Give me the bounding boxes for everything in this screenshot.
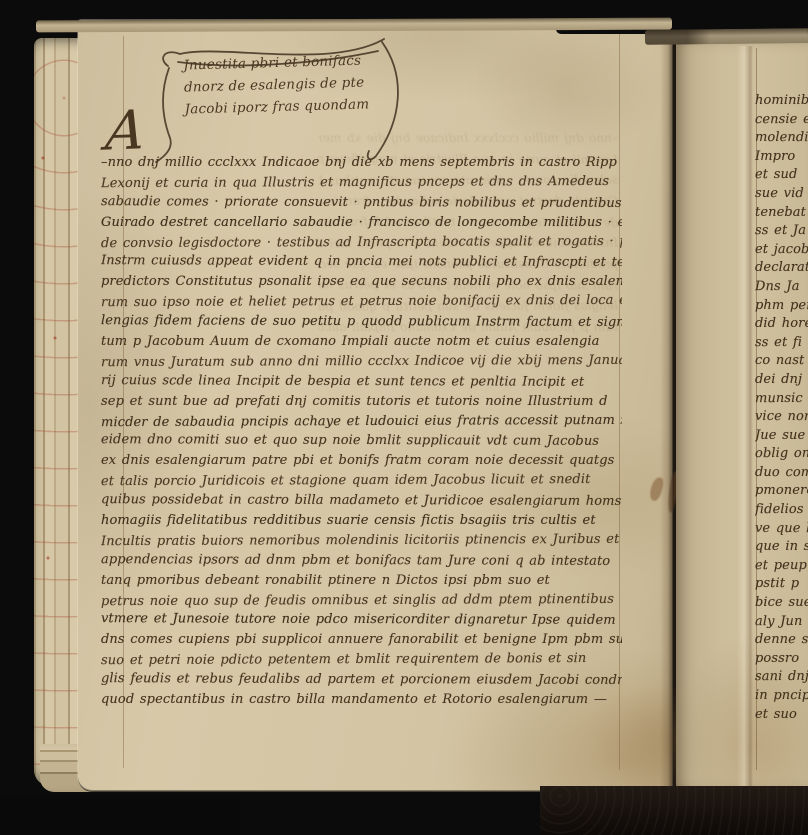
manuscript-photo: { "page": { "description": "Photograph o… <box>0 0 808 835</box>
recto-text-line: munsic <box>755 389 808 408</box>
recto-text-line: aly Jun <box>755 612 808 631</box>
text-line: petrus noie quo sup de feudis omnibus et… <box>101 589 622 611</box>
recto-text-line: in pncip <box>755 687 808 706</box>
text-line: quod spectantibus in castro billa mandam… <box>101 690 622 710</box>
recto-text-line: ve que b <box>755 520 808 539</box>
recto-text-line: Impro <box>755 148 808 167</box>
text-line: de convsio legisdoctore · testibus ad In… <box>101 231 622 253</box>
recto-text-line: did hore <box>755 315 808 334</box>
text-line: rum suo ipso noie et heliet petrus et pe… <box>101 291 622 313</box>
text-line: dns comes cupiens pbi supplicoi annuere … <box>101 630 622 650</box>
text-line: rij cuius scde linea Incipit de bespia e… <box>101 371 622 393</box>
recto-text-line: et jacob <box>755 241 808 260</box>
recto-text-line: que in s <box>755 538 808 557</box>
recto-text-line: bice sue <box>755 594 808 613</box>
text-line: vtmere et Junesoie tutore noie pdco mise… <box>101 610 622 632</box>
recto-text-line: Jue sue <box>755 427 808 446</box>
text-line: tum p Jacobum Auum de cxomano Impiali au… <box>101 332 622 352</box>
text-line: homagiis fidelitatibus redditibus suarie… <box>101 511 622 531</box>
recto-text-line: oblig om <box>755 445 808 464</box>
recto-text-line: sue vid <box>755 185 808 204</box>
leather-cover <box>540 786 808 835</box>
recto-text-line: denne s <box>755 631 808 650</box>
recto-text-line: declarat <box>755 259 808 278</box>
text-line: glis feudis et rebus feudalibs ad partem… <box>101 669 622 691</box>
text-line: sep et sunt bue ad prefati dnj comitis t… <box>101 392 622 412</box>
text-line: ex dnis esalengiarum patre pbi et bonifs… <box>101 451 622 471</box>
body-text-block: –nno dnj millio ccclxxx Indicaoe bnj die… <box>101 153 622 713</box>
recto-text-line: et peup <box>755 557 808 576</box>
recto-text-line: pmonere <box>755 482 808 501</box>
recto-text-line: Dns Ja <box>755 278 808 297</box>
background-bottom <box>0 796 240 835</box>
text-line: Instrm cuiusds appeat evident q in pncia… <box>101 252 622 274</box>
text-line: tanq pmoribus debeant ronabilit ptinere … <box>101 571 622 591</box>
recto-text-line: co nast <box>755 352 808 371</box>
recto-text-line: pstit p <box>755 575 808 594</box>
recto-text-line: tenebat <box>755 204 808 223</box>
recto-text-line: molendi <box>755 129 808 148</box>
recto-text-line: duo com <box>755 464 808 483</box>
text-line: Guirado destret cancellario sabaudie · f… <box>101 213 622 233</box>
recto-text-line: phm pen <box>755 296 808 315</box>
text-line: suo et petri noie pdicto petentem et bml… <box>101 649 622 671</box>
drop-cap-initial: A <box>104 103 148 158</box>
recto-text-column: hominibucensie emolendiImproet sudsue vi… <box>755 92 808 732</box>
text-line: appendencias ipsors ad dnm pbm et bonifa… <box>101 550 622 572</box>
text-line: Lexonij et curia in qua Illustris et mag… <box>101 172 622 194</box>
recto-text-line: possro <box>755 650 808 669</box>
recto-text-line: vice nor <box>755 408 808 427</box>
text-line: eidem dno comiti suo et quo sup noie bml… <box>101 431 622 453</box>
recto-text-line: et sud <box>755 166 808 185</box>
recto-text-line: censie e <box>755 110 808 129</box>
text-line: Incultis pratis buiors nemoribus molendi… <box>101 530 622 552</box>
recto-top-edge-strip <box>645 28 808 45</box>
recto-text-line: ss et fi <box>755 334 808 353</box>
text-line: sabaudie comes · priorate consuevit · pn… <box>101 192 622 214</box>
text-line: –nno dnj millio ccclxxx Indicaoe bnj die… <box>101 153 622 173</box>
recto-text-line: et suo <box>755 706 808 725</box>
recto-text-line: fidelios <box>755 501 808 520</box>
text-line: micder de sabaudia pncipis achaye et lud… <box>101 410 622 432</box>
recto-text-line: hominibu <box>755 92 808 111</box>
recto-text-line: dei dnj <box>755 371 808 390</box>
recto-text-line: sani dnj <box>755 668 808 687</box>
recto-text-line: ss et Ja <box>755 222 808 241</box>
text-line: quibus possidebat in castro billa madame… <box>101 490 622 512</box>
recto-fold-highlight <box>737 46 753 786</box>
text-line: et talis porcio Juridicois et stagione q… <box>101 470 622 492</box>
text-line: lengias fidem faciens de suo petitu p qu… <box>101 311 622 333</box>
text-line: rum vnus Juratum sub anno dni millio ccc… <box>101 351 622 373</box>
header-title: Jnuestita pbri et bonifacsdnorz de esale… <box>183 49 370 120</box>
text-line: predictors Constitutus psonalit ipse ea … <box>101 272 622 292</box>
